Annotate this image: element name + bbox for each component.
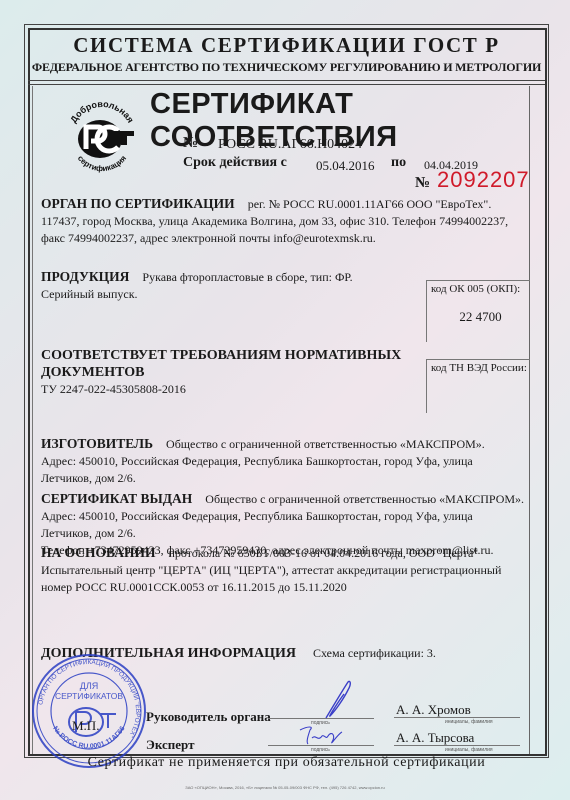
agency-name: ФЕДЕРАЛЬНОЕ АГЕНТСТВО ПО ТЕХНИЧЕСКОМУ РЕ…	[28, 60, 545, 75]
conformity-heading: СООТВЕТСТВУЕТ ТРЕБОВАНИЯМ НОРМАТИВНЫХ ДО…	[41, 348, 401, 380]
system-title: СИСТЕМА СЕРТИФИКАЦИИ ГОСТ Р	[28, 33, 545, 58]
expert-signature-icon	[298, 724, 344, 750]
tnved-code-box: код ТН ВЭД России:	[426, 359, 530, 413]
section-basis: НА ОСНОВАНИИ протокола № 650БТ/003-16 от…	[41, 544, 526, 596]
svg-text:СЕРТИФИКАТОВ: СЕРТИФИКАТОВ	[55, 691, 123, 701]
okp-code-label: код ОК 005 (ОКП):	[431, 283, 530, 295]
head-signature-icon	[318, 680, 358, 720]
section-manufacturer: ИЗГОТОВИТЕЛЬ Общество с ограниченной отв…	[41, 435, 526, 487]
section-conformity: СООТВЕТСТВУЕТ ТРЕБОВАНИЯМ НОРМАТИВНЫХ ДО…	[41, 347, 431, 398]
organization-stamp-icon: ОРГАН ПО СЕРТИФИКАЦИИ ПРОДУКЦИИ "ЕВРОТЕХ…	[30, 652, 148, 770]
product-heading: ПРОДУКЦИЯ	[41, 269, 129, 284]
manufacturer-heading: ИЗГОТОВИТЕЛЬ	[41, 436, 153, 451]
certification-body-heading: ОРГАН ПО СЕРТИФИКАЦИИ	[41, 196, 235, 211]
manufacturer-name: Общество с ограниченной ответственностью…	[166, 437, 485, 451]
validity-label: Срок действия с	[183, 155, 287, 171]
basis-heading: НА ОСНОВАНИИ	[41, 545, 155, 560]
head-name-line	[394, 717, 520, 718]
expert-label: Эксперт	[146, 737, 194, 753]
expert-name-line	[394, 745, 520, 746]
okp-code-value: 22 4700	[431, 309, 530, 325]
section-product: ПРОДУКЦИЯ Рукава фторопластовые в сборе,…	[41, 268, 431, 303]
product-release: Серийный выпуск.	[41, 287, 138, 301]
okp-code-box: код ОК 005 (ОКП): 22 4700	[426, 280, 530, 342]
registration-number: РОСС RU.АГ66.Н04024	[218, 137, 362, 153]
rst-logo-icon: Добровольная сертификация	[62, 95, 142, 175]
serial-number: 2092207	[437, 167, 530, 193]
expert-name: А. А. Тырсова	[396, 730, 474, 746]
seal-place-label: М.П.	[72, 718, 99, 734]
manufacturer-address: Адрес: 450010, Российская Федерация, Рес…	[41, 454, 473, 485]
product-name: Рукава фторопластовые в сборе, тип: ФР.	[142, 270, 352, 284]
issued-to-name: Общество с ограниченной ответственностью…	[205, 492, 524, 506]
serial-number-sign: №	[415, 175, 430, 192]
header-divider-2	[28, 84, 545, 85]
head-of-body-label: Руководитель органа	[146, 709, 271, 725]
expert-name-caption: инициалы, фамилия	[445, 747, 493, 753]
voluntary-use-note: Сертификат не применяется при обязательн…	[28, 755, 545, 771]
valid-to-label: по	[391, 155, 406, 171]
normative-document: ТУ 2247-022-45305808-2016	[41, 382, 186, 396]
tnved-code-label: код ТН ВЭД России:	[431, 362, 530, 374]
header-divider	[28, 80, 545, 81]
head-name-caption: инициалы, фамилия	[445, 719, 493, 725]
printer-imprint: ЗАО «ОПЦИОН», Москва, 2016, «Б» лицензия…	[0, 785, 570, 790]
issued-to-address: Адрес: 450010, Российская Федерация, Рес…	[41, 509, 473, 540]
svg-text:ДЛЯ: ДЛЯ	[80, 681, 99, 691]
issued-to-heading: СЕРТИФИКАТ ВЫДАН	[41, 491, 192, 506]
head-name: А. А. Хромов	[396, 702, 471, 718]
section-certification-body: ОРГАН ПО СЕРТИФИКАЦИИ рег. № РОСС RU.000…	[41, 195, 526, 247]
valid-from: 05.04.2016	[316, 158, 375, 174]
number-sign: №	[183, 135, 198, 152]
additional-info-text: Схема сертификации: 3.	[313, 646, 436, 660]
